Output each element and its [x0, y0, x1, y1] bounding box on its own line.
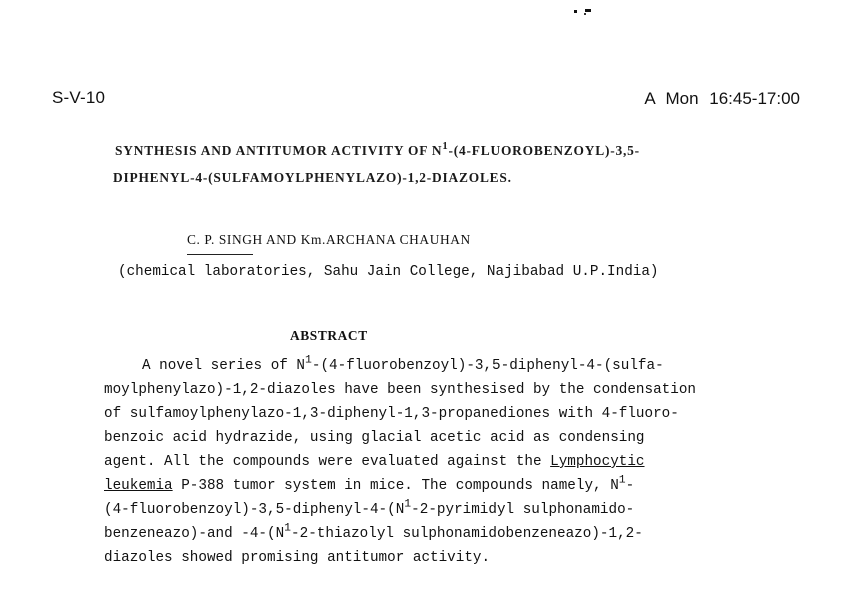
abstract-line: leukemia P-388 tumor system in mice. The…	[104, 478, 634, 494]
abstract-line: benzoic acid hydrazide, using glacial ac…	[104, 430, 645, 446]
abstract-heading: ABSTRACT	[290, 328, 368, 344]
authors: C. P. SINGH AND Km.ARCHANA CHAUHAN	[187, 232, 471, 248]
abstract-text: A novel series of N	[142, 358, 305, 374]
underlined-term: leukemia	[104, 478, 173, 494]
superscript: 1	[305, 354, 312, 367]
scan-speck	[584, 13, 586, 15]
abstract-text: -2-pyrimidyl sulphonamido-	[411, 502, 634, 518]
abstract-text: P-388 tumor system in mice. The compound…	[173, 478, 619, 494]
abstract-text: agent. All the compounds were evaluated …	[104, 454, 550, 470]
abstract-line: A novel series of N1-(4-fluorobenzoyl)-3…	[142, 358, 664, 374]
abstract-line: agent. All the compounds were evaluated …	[104, 454, 645, 470]
abstract-text: -(4-fluorobenzoyl)-3,5-diphenyl-4-(sulfa…	[312, 358, 664, 374]
session-code: S-V-10	[52, 88, 105, 108]
session-time: A Mon 16:45-17:00	[644, 89, 800, 109]
scan-speck	[574, 10, 577, 13]
abstract-line: (4-fluorobenzoyl)-3,5-diphenyl-4-(N1-2-p…	[104, 502, 634, 518]
presenting-author-underline	[187, 254, 253, 255]
title-text: SYNTHESIS AND ANTITUMOR ACTIVITY OF N	[115, 143, 442, 158]
underlined-term: Lymphocytic	[550, 454, 644, 470]
abstract-text: -2-thiazolyl sulphonamidobenzeneazo)-1,2…	[291, 526, 643, 542]
title-text: -(4-FLUOROBENZOYL)-3,5-	[449, 143, 640, 158]
affiliation: (chemical laboratories, Sahu Jain Colleg…	[118, 264, 659, 280]
paper-title-line-2: DIPHENYL-4-(SULFAMOYLPHENYLAZO)-1,2-DIAZ…	[113, 170, 512, 186]
superscript: 1	[619, 474, 626, 487]
paper-title-line-1: SYNTHESIS AND ANTITUMOR ACTIVITY OF N1-(…	[115, 143, 640, 159]
abstract-line: of sulfamoylphenylazo-1,3-diphenyl-1,3-p…	[104, 406, 679, 422]
scan-speck	[585, 9, 591, 12]
abstract-text: benzeneazo)-and -4-(N	[104, 526, 284, 542]
abstract-text: -	[626, 478, 635, 494]
abstract-line: moylphenylazo)-1,2-diazoles have been sy…	[104, 382, 696, 398]
abstract-line: diazoles showed promising antitumor acti…	[104, 550, 490, 566]
abstract-line: benzeneazo)-and -4-(N1-2-thiazolyl sulph…	[104, 526, 643, 542]
abstract-text: (4-fluorobenzoyl)-3,5-diphenyl-4-(N	[104, 502, 404, 518]
